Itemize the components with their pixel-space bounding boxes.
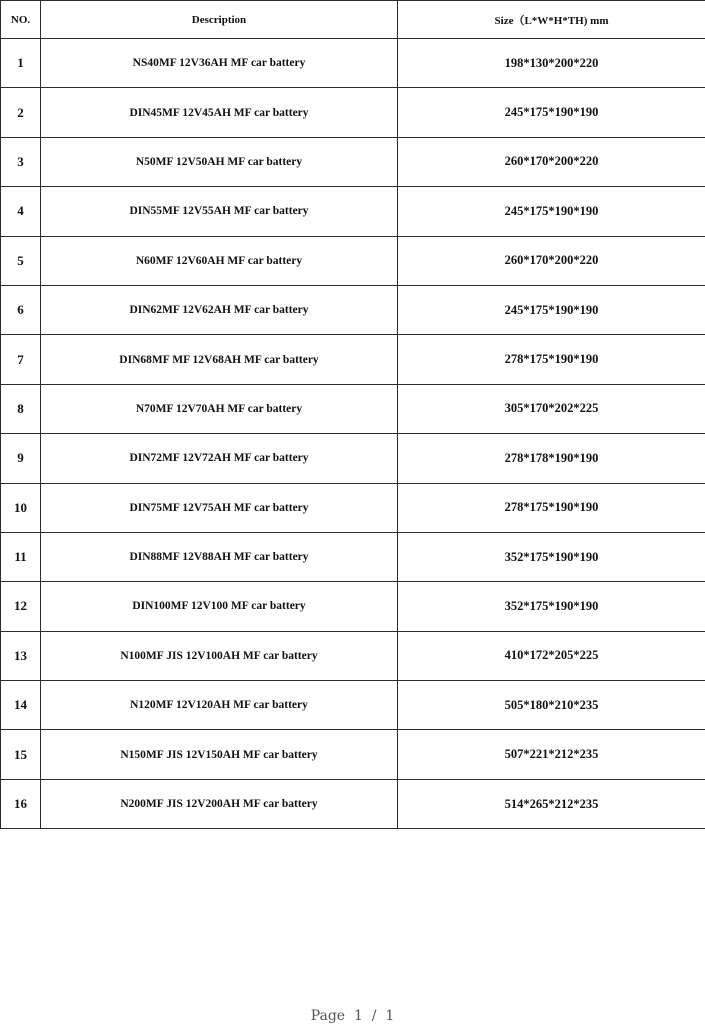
table-row: 9DIN72MF 12V72AH MF car battery278*178*1…	[1, 434, 705, 483]
cell-no: 15	[1, 730, 41, 779]
cell-description: N100MF JIS 12V100AH MF car battery	[41, 631, 398, 680]
cell-size: 260*170*200*220	[398, 236, 705, 285]
cell-size: 352*175*190*190	[398, 582, 705, 631]
cell-no: 3	[1, 137, 41, 186]
cell-size: 507*221*212*235	[398, 730, 705, 779]
cell-size: 305*170*202*225	[398, 384, 705, 433]
cell-description: DIN45MF 12V45AH MF car battery	[41, 88, 398, 137]
table-row: 4DIN55MF 12V55AH MF car battery245*175*1…	[1, 187, 705, 236]
table-row: 7DIN68MF MF 12V68AH MF car battery278*17…	[1, 335, 705, 384]
cell-description: DIN75MF 12V75AH MF car battery	[41, 483, 398, 532]
cell-description: N60MF 12V60AH MF car battery	[41, 236, 398, 285]
cell-description: N200MF JIS 12V200AH MF car battery	[41, 779, 398, 828]
table-row: 5N60MF 12V60AH MF car battery260*170*200…	[1, 236, 705, 285]
cell-no: 7	[1, 335, 41, 384]
cell-description: N150MF JIS 12V150AH MF car battery	[41, 730, 398, 779]
table-row: 13N100MF JIS 12V100AH MF car battery410*…	[1, 631, 705, 680]
cell-description: N70MF 12V70AH MF car battery	[41, 384, 398, 433]
cell-no: 16	[1, 779, 41, 828]
cell-no: 5	[1, 236, 41, 285]
cell-size: 245*175*190*190	[398, 285, 705, 334]
cell-description: NS40MF 12V36AH MF car battery	[41, 39, 398, 88]
cell-size: 198*130*200*220	[398, 39, 705, 88]
cell-size: 278*175*190*190	[398, 335, 705, 384]
cell-description: DIN68MF MF 12V68AH MF car battery	[41, 335, 398, 384]
table-row: 11DIN88MF 12V88AH MF car battery352*175*…	[1, 532, 705, 581]
cell-no: 2	[1, 88, 41, 137]
cell-size: 260*170*200*220	[398, 137, 705, 186]
cell-no: 10	[1, 483, 41, 532]
table-header-row: NO. Description Size（L*W*H*TH) mm	[1, 1, 705, 39]
table-body: 1NS40MF 12V36AH MF car battery198*130*20…	[1, 39, 705, 829]
cell-no: 9	[1, 434, 41, 483]
cell-no: 11	[1, 532, 41, 581]
cell-description: DIN62MF 12V62AH MF car battery	[41, 285, 398, 334]
cell-size: 514*265*212*235	[398, 779, 705, 828]
cell-no: 8	[1, 384, 41, 433]
cell-description: N120MF 12V120AH MF car battery	[41, 681, 398, 730]
table-row: 3N50MF 12V50AH MF car battery260*170*200…	[1, 137, 705, 186]
cell-size: 245*175*190*190	[398, 187, 705, 236]
header-size: Size（L*W*H*TH) mm	[398, 1, 705, 39]
table-row: 1NS40MF 12V36AH MF car battery198*130*20…	[1, 39, 705, 88]
cell-no: 4	[1, 187, 41, 236]
cell-description: DIN72MF 12V72AH MF car battery	[41, 434, 398, 483]
table-row: 10DIN75MF 12V75AH MF car battery278*175*…	[1, 483, 705, 532]
cell-description: DIN100MF 12V100 MF car battery	[41, 582, 398, 631]
cell-size: 278*178*190*190	[398, 434, 705, 483]
table-row: 16N200MF JIS 12V200AH MF car battery514*…	[1, 779, 705, 828]
cell-size: 278*175*190*190	[398, 483, 705, 532]
cell-description: N50MF 12V50AH MF car battery	[41, 137, 398, 186]
table-row: 15N150MF JIS 12V150AH MF car battery507*…	[1, 730, 705, 779]
header-description: Description	[41, 1, 398, 39]
cell-no: 6	[1, 285, 41, 334]
header-no: NO.	[1, 1, 41, 39]
cell-size: 505*180*210*235	[398, 681, 705, 730]
cell-size: 352*175*190*190	[398, 532, 705, 581]
cell-no: 1	[1, 39, 41, 88]
table-row: 12DIN100MF 12V100 MF car battery352*175*…	[1, 582, 705, 631]
table-row: 2DIN45MF 12V45AH MF car battery245*175*1…	[1, 88, 705, 137]
table-row: 6DIN62MF 12V62AH MF car battery245*175*1…	[1, 285, 705, 334]
cell-no: 13	[1, 631, 41, 680]
table-row: 8N70MF 12V70AH MF car battery305*170*202…	[1, 384, 705, 433]
cell-size: 245*175*190*190	[398, 88, 705, 137]
cell-size: 410*172*205*225	[398, 631, 705, 680]
cell-no: 14	[1, 681, 41, 730]
cell-description: DIN55MF 12V55AH MF car battery	[41, 187, 398, 236]
battery-spec-table: NO. Description Size（L*W*H*TH) mm 1NS40M…	[0, 0, 705, 829]
cell-no: 12	[1, 582, 41, 631]
cell-description: DIN88MF 12V88AH MF car battery	[41, 532, 398, 581]
page-number: Page 1 / 1	[0, 1008, 705, 1024]
table-row: 14N120MF 12V120AH MF car battery505*180*…	[1, 681, 705, 730]
